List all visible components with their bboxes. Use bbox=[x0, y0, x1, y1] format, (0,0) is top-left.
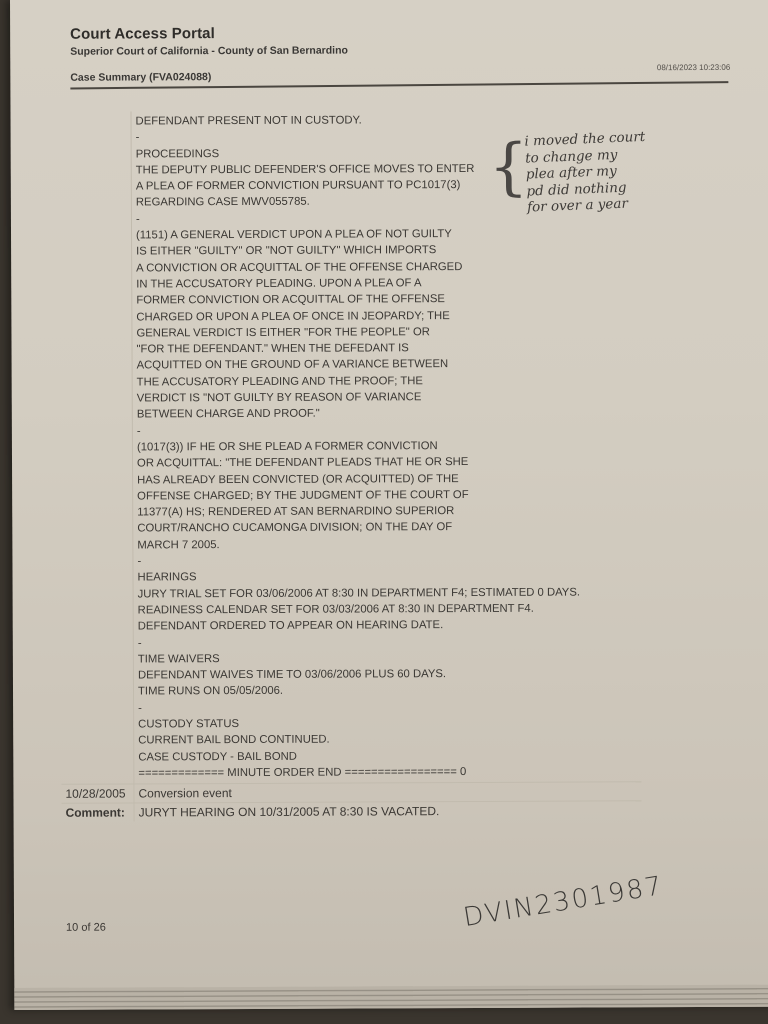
printed-document-page: Court Access Portal Superior Court of Ca… bbox=[10, 0, 768, 1010]
comment-text: JURYT HEARING ON 10/31/2005 AT 8:30 IS V… bbox=[135, 801, 642, 821]
minute-order-line: ============= MINUTE ORDER END =========… bbox=[138, 763, 637, 781]
case-summary-title: Case Summary (FVA024088) bbox=[70, 71, 211, 84]
handwritten-note: i moved the courtto change myplea after … bbox=[524, 125, 747, 216]
event-row: 10/28/2005 Conversion event bbox=[61, 782, 641, 804]
minute-order-line: JURY TRIAL SET FOR 03/06/2006 AT 8:30 IN… bbox=[138, 584, 637, 602]
case-events-table: DEFENDANT PRESENT NOT IN CUSTODY.-PROCEE… bbox=[58, 109, 641, 822]
document-header: Court Access Portal Superior Court of Ca… bbox=[70, 23, 730, 86]
portal-title: Court Access Portal bbox=[70, 23, 730, 43]
event-date: 10/28/2005 bbox=[61, 785, 134, 803]
event-comment-row: Comment: JURYT HEARING ON 10/31/2005 AT … bbox=[62, 801, 642, 822]
page-indicator: 10 of 26 bbox=[66, 922, 106, 934]
date-cell-empty bbox=[58, 111, 134, 783]
paper-stack-edge bbox=[14, 985, 768, 1010]
printed-timestamp: 08/16/2023 10:23:06 bbox=[657, 63, 730, 72]
comment-label: Comment: bbox=[62, 804, 135, 822]
handwritten-brace: { bbox=[489, 136, 529, 198]
court-name: Superior Court of California - County of… bbox=[70, 43, 730, 58]
event-description: Conversion event bbox=[134, 782, 641, 802]
handwritten-id: DVIN2301987 bbox=[461, 871, 665, 933]
